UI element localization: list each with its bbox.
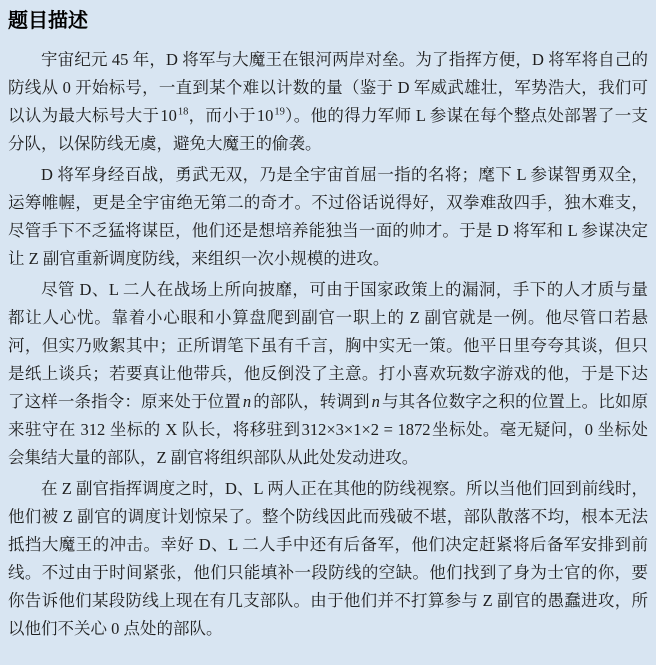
text-segment: D 将军身经百战，勇武无双，乃是全宇宙首屈一指的名将；麾下 L 参谋智勇双全，运… — [8, 165, 648, 268]
text-segment: 312×3×1×2 = 1872 — [301, 420, 432, 439]
page-title: 题目描述 — [8, 8, 648, 34]
text-segment: n — [370, 392, 382, 411]
text-segment: n — [241, 392, 253, 411]
paragraph: 在 Z 副官指挥调度之时，D、L 两人正在其他的防线视察。所以当他们回到前线时，… — [8, 475, 648, 643]
text-segment: ，而小于 — [188, 106, 256, 125]
text-segment: 18 — [178, 107, 189, 118]
text-segment: 10 — [256, 106, 275, 125]
problem-statement-page: 题目描述 宇宙纪元 45 年，D 将军与大魔王在银河两岸对垒。为了指挥方便，D … — [0, 0, 656, 665]
text-segment: 的部队，转调到 — [253, 392, 370, 411]
paragraph: 宇宙纪元 45 年，D 将军与大魔王在银河两岸对垒。为了指挥方便，D 将军将自己… — [8, 46, 648, 158]
text-segment: 10 — [159, 106, 178, 125]
paragraph: D 将军身经百战，勇武无双，乃是全宇宙首屈一指的名将；麾下 L 参谋智勇双全，运… — [8, 161, 648, 273]
paragraph: 尽管 D、L 二人在战场上所向披靡，可由于国家政策上的漏洞，手下的人才质与量都让… — [8, 276, 648, 472]
text-segment: 19 — [274, 107, 285, 118]
text-segment: 在 Z 副官指挥调度之时，D、L 两人正在其他的防线视察。所以当他们回到前线时，… — [8, 479, 648, 638]
